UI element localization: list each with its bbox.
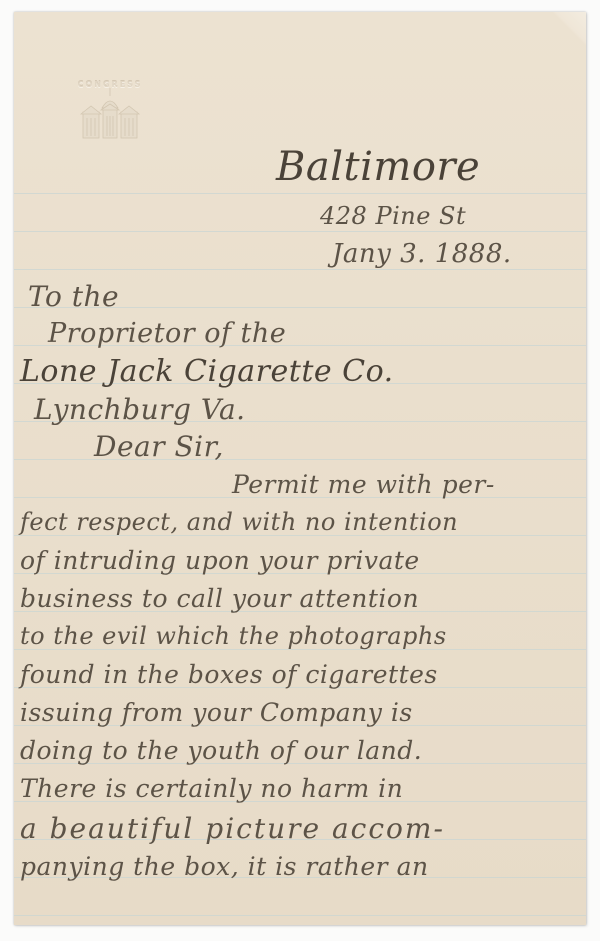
- body-line: business to call your attention: [20, 584, 419, 613]
- body-line: fect respect, and with no intention: [20, 508, 458, 536]
- body-line: doing to the youth of our land.: [20, 736, 422, 765]
- greeting: Dear Sir,: [94, 430, 224, 463]
- body-line: a beautiful picture accom-: [20, 812, 445, 845]
- ruled-line: [14, 231, 586, 232]
- body-line: of intruding upon your private: [20, 546, 420, 575]
- addressee-line-4: Lynchburg Va.: [34, 393, 246, 426]
- heading-date: Jany 3. 1888.: [332, 239, 512, 269]
- body-line: issuing from your Company is: [20, 698, 413, 727]
- addressee-line-3: Lone Jack Cigarette Co.: [20, 354, 394, 389]
- body-line: found in the boxes of cigarettes: [20, 660, 438, 689]
- body-line: panying the box, it is rather an: [20, 852, 429, 881]
- body-line: There is certainly no harm in: [20, 774, 403, 803]
- heading-city: Baltimore: [276, 144, 480, 190]
- ruled-line: [14, 269, 586, 270]
- embossed-congress-stamp: CONGRESS: [70, 74, 150, 154]
- heading-address: 428 Pine St: [320, 202, 466, 230]
- letter-page: CONGRESS Baltimore 428 Pine St Jany 3. 1…: [14, 12, 586, 925]
- body-line: to the evil which the photographs: [20, 622, 447, 650]
- addressee-line-1: To the: [28, 280, 119, 313]
- ruled-line: [14, 193, 586, 194]
- addressee-line-2: Proprietor of the: [48, 318, 286, 349]
- capitol-building-icon: [70, 74, 150, 154]
- body-line: Permit me with per-: [232, 470, 495, 499]
- ruled-line: [14, 915, 586, 916]
